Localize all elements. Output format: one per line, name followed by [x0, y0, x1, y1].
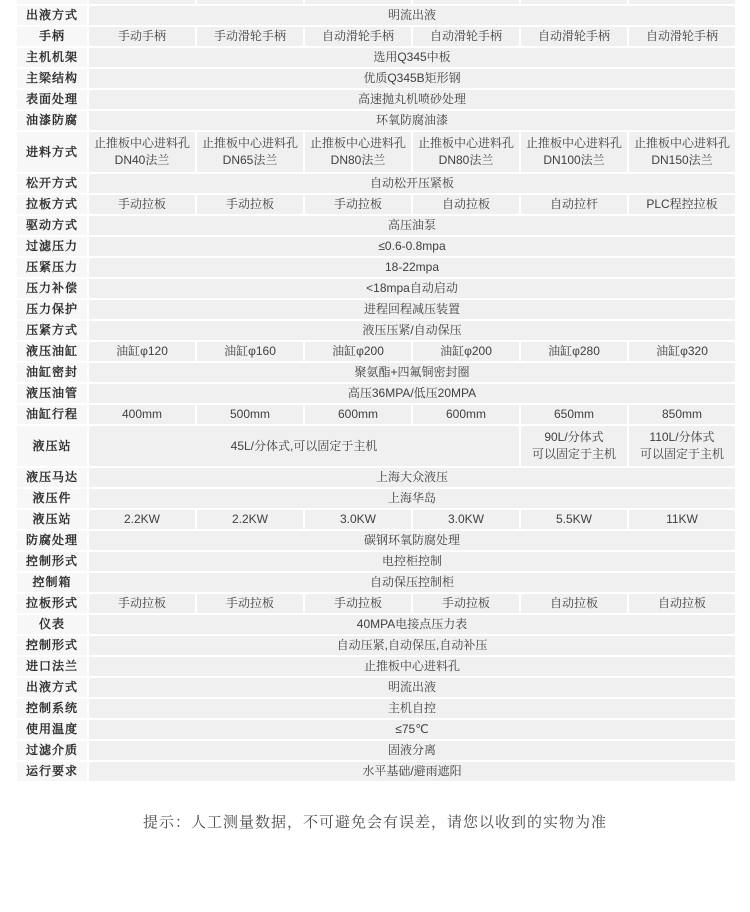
row-label: 手柄: [17, 27, 87, 46]
table-row: 控制系统主机自控: [17, 699, 735, 718]
spec-value-cell: <18mpa自动启动: [89, 279, 735, 298]
spec-value-cell: 600mm: [305, 405, 411, 424]
row-label: 进口法兰: [17, 657, 87, 676]
row-label: 压紧压力: [17, 258, 87, 277]
table-row: 拉板形式手动拉板手动拉板手动拉板手动拉板自动拉板自动拉板: [17, 594, 735, 613]
spec-value-cell: 油缸φ200: [305, 342, 411, 361]
spec-value-cell: 手动拉板: [413, 594, 519, 613]
spec-value-cell: 油缸φ200: [413, 342, 519, 361]
spec-value-cell: 高压36MPA/低压20MPA: [89, 384, 735, 403]
spec-value-cell: 优质Q345B矩形钢: [89, 69, 735, 88]
cropped-cell: [197, 0, 303, 4]
table-row: 控制箱自动保压控制柜: [17, 573, 735, 592]
row-label: 主梁结构: [17, 69, 87, 88]
cropped-cell: [305, 0, 411, 4]
row-label: 运行要求: [17, 762, 87, 781]
spec-value-cell: 固液分离: [89, 741, 735, 760]
table-row: 出液方式明流出液: [17, 678, 735, 697]
row-label: 仪表: [17, 615, 87, 634]
row-label: 拉板方式: [17, 195, 87, 214]
spec-value-cell: 油缸φ120: [89, 342, 195, 361]
spec-value-cell: 油缸φ280: [521, 342, 627, 361]
spec-value-cell: 明流出液: [89, 6, 735, 25]
spec-value-cell: 水平基础/避雨遮阳: [89, 762, 735, 781]
table-row: 过滤压力≤0.6-0.8mpa: [17, 237, 735, 256]
table-row: 液压马达上海大众液压: [17, 468, 735, 487]
table-row: 运行要求水平基础/避雨遮阳: [17, 762, 735, 781]
spec-value-cell: 手动拉板: [197, 195, 303, 214]
spec-value-cell: 选用Q345中板: [89, 48, 735, 67]
row-label: 控制形式: [17, 636, 87, 655]
spec-value-cell: 进程回程减压装置: [89, 300, 735, 319]
spec-value-cell: ≤75℃: [89, 720, 735, 739]
spec-value-cell: 11KW: [629, 510, 735, 529]
spec-value-cell: 环氧防腐油漆: [89, 111, 735, 130]
spec-value-cell: 850mm: [629, 405, 735, 424]
spec-value-cell: 自动拉板: [521, 594, 627, 613]
spec-value-cell: 90L/分体式 可以固定于主机: [521, 426, 627, 466]
table-row: 松开方式自动松开压紧板: [17, 174, 735, 193]
row-label: 防腐处理: [17, 531, 87, 550]
row-label: 液压站: [17, 510, 87, 529]
spec-value-cell: 自动滑轮手柄: [305, 27, 411, 46]
table-row: 驱动方式高压油泵: [17, 216, 735, 235]
table-row: 使用温度≤75℃: [17, 720, 735, 739]
cropped-cell: [89, 0, 195, 4]
spec-value-cell: 止推板中心进料孔 DN80法兰: [305, 132, 411, 172]
table-row: 液压件上海华岛: [17, 489, 735, 508]
cropped-cell: [413, 0, 519, 4]
cropped-cell: [629, 0, 735, 4]
table-row: 主梁结构优质Q345B矩形钢: [17, 69, 735, 88]
row-label: 主机机架: [17, 48, 87, 67]
spec-value-cell: 电控柜控制: [89, 552, 735, 571]
spec-value-cell: 自动拉板: [413, 195, 519, 214]
spec-value-cell: 油缸φ320: [629, 342, 735, 361]
spec-value-cell: 自动滑轮手柄: [521, 27, 627, 46]
spec-value-cell: 3.0KW: [305, 510, 411, 529]
spec-value-cell: 手动滑轮手柄: [197, 27, 303, 46]
spec-value-cell: 5.5KW: [521, 510, 627, 529]
spec-value-cell: 自动压紧,自动保压,自动补压: [89, 636, 735, 655]
table-row: 液压油缸油缸φ120油缸φ160油缸φ200油缸φ200油缸φ280油缸φ320: [17, 342, 735, 361]
row-label: 控制箱: [17, 573, 87, 592]
spec-value-cell: 40MPA电接点压力表: [89, 615, 735, 634]
row-label: 松开方式: [17, 174, 87, 193]
spec-value-cell: 碳钢环氧防腐处理: [89, 531, 735, 550]
row-label: 控制系统: [17, 699, 87, 718]
row-label: 液压油缸: [17, 342, 87, 361]
spec-table: 出液方式明流出液手柄手动手柄手动滑轮手柄自动滑轮手柄自动滑轮手柄自动滑轮手柄自动…: [15, 0, 737, 783]
spec-value-cell: 自动拉杆: [521, 195, 627, 214]
spec-value-cell: 高速抛丸机喷砂处理: [89, 90, 735, 109]
spec-value-cell: 止推板中心进料孔 DN40法兰: [89, 132, 195, 172]
disclaimer-note: 提示：人工测量数据，不可避免会有误差，请您以收到的实物为准: [0, 811, 750, 832]
table-row: 防腐处理碳钢环氧防腐处理: [17, 531, 735, 550]
spec-value-cell: 18-22mpa: [89, 258, 735, 277]
row-label: 油漆防腐: [17, 111, 87, 130]
spec-value-cell: 手动拉板: [305, 195, 411, 214]
row-label: 压紧方式: [17, 321, 87, 340]
spec-value-cell: 自动滑轮手柄: [629, 27, 735, 46]
table-row: 控制形式自动压紧,自动保压,自动补压: [17, 636, 735, 655]
spec-value-cell: 止推板中心进料孔 DN65法兰: [197, 132, 303, 172]
table-row: 油缸密封聚氨酯+四氟铜密封圈: [17, 363, 735, 382]
table-row: 液压站45L/分体式,可以固定于主机90L/分体式 可以固定于主机110L/分体…: [17, 426, 735, 466]
spec-value-cell: 上海大众液压: [89, 468, 735, 487]
table-row: 压紧压力18-22mpa: [17, 258, 735, 277]
table-row: 过滤介质固液分离: [17, 741, 735, 760]
row-label: 控制形式: [17, 552, 87, 571]
spec-value-cell: 650mm: [521, 405, 627, 424]
spec-value-cell: 液压压紧/自动保压: [89, 321, 735, 340]
spec-value-cell: 止推板中心进料孔 DN150法兰: [629, 132, 735, 172]
cropped-cell: [521, 0, 627, 4]
row-label: 出液方式: [17, 6, 87, 25]
row-label: 油缸密封: [17, 363, 87, 382]
row-label: 液压油管: [17, 384, 87, 403]
row-label: 压力补偿: [17, 279, 87, 298]
spec-value-cell: 止推板中心进料孔: [89, 657, 735, 676]
row-label: 压力保护: [17, 300, 87, 319]
row-label: 使用温度: [17, 720, 87, 739]
spec-value-cell: 自动拉板: [629, 594, 735, 613]
spec-value-cell: 手动拉板: [89, 195, 195, 214]
spec-value-cell: ≤0.6-0.8mpa: [89, 237, 735, 256]
spec-table-body: 出液方式明流出液手柄手动手柄手动滑轮手柄自动滑轮手柄自动滑轮手柄自动滑轮手柄自动…: [17, 0, 735, 781]
spec-value-cell: 手动手柄: [89, 27, 195, 46]
table-row: 进料方式止推板中心进料孔 DN40法兰止推板中心进料孔 DN65法兰止推板中心进…: [17, 132, 735, 172]
cropped-row: [17, 0, 735, 4]
spec-value-cell: 手动拉板: [89, 594, 195, 613]
table-row: 拉板方式手动拉板手动拉板手动拉板自动拉板自动拉杆PLC程控拉板: [17, 195, 735, 214]
table-row: 仪表40MPA电接点压力表: [17, 615, 735, 634]
spec-value-cell: 手动拉板: [197, 594, 303, 613]
spec-value-cell: 明流出液: [89, 678, 735, 697]
spec-value-cell: 2.2KW: [89, 510, 195, 529]
table-row: 进口法兰止推板中心进料孔: [17, 657, 735, 676]
spec-value-cell: 45L/分体式,可以固定于主机: [89, 426, 519, 466]
row-label: 过滤介质: [17, 741, 87, 760]
spec-value-cell: 主机自控: [89, 699, 735, 718]
table-row: 液压油管高压36MPA/低压20MPA: [17, 384, 735, 403]
table-row: 表面处理高速抛丸机喷砂处理: [17, 90, 735, 109]
spec-value-cell: 500mm: [197, 405, 303, 424]
row-label: 液压马达: [17, 468, 87, 487]
spec-value-cell: 自动滑轮手柄: [413, 27, 519, 46]
table-row: 液压站2.2KW2.2KW3.0KW3.0KW5.5KW11KW: [17, 510, 735, 529]
row-label: 油缸行程: [17, 405, 87, 424]
spec-value-cell: 止推板中心进料孔 DN80法兰: [413, 132, 519, 172]
spec-sheet: 出液方式明流出液手柄手动手柄手动滑轮手柄自动滑轮手柄自动滑轮手柄自动滑轮手柄自动…: [0, 0, 750, 783]
table-row: 压力补偿<18mpa自动启动: [17, 279, 735, 298]
spec-value-cell: 3.0KW: [413, 510, 519, 529]
spec-value-cell: 止推板中心进料孔 DN100法兰: [521, 132, 627, 172]
spec-value-cell: 油缸φ160: [197, 342, 303, 361]
spec-value-cell: 上海华岛: [89, 489, 735, 508]
table-row: 油漆防腐环氧防腐油漆: [17, 111, 735, 130]
row-label: 液压件: [17, 489, 87, 508]
spec-value-cell: 高压油泵: [89, 216, 735, 235]
row-label: 出液方式: [17, 678, 87, 697]
table-row: 压紧方式液压压紧/自动保压: [17, 321, 735, 340]
table-row: 出液方式明流出液: [17, 6, 735, 25]
table-row: 主机机架选用Q345中板: [17, 48, 735, 67]
row-label: 拉板形式: [17, 594, 87, 613]
spec-value-cell: 600mm: [413, 405, 519, 424]
table-row: 手柄手动手柄手动滑轮手柄自动滑轮手柄自动滑轮手柄自动滑轮手柄自动滑轮手柄: [17, 27, 735, 46]
spec-value-cell: 400mm: [89, 405, 195, 424]
spec-value-cell: 手动拉板: [305, 594, 411, 613]
row-label: 液压站: [17, 426, 87, 466]
table-row: 油缸行程400mm500mm600mm600mm650mm850mm: [17, 405, 735, 424]
table-row: 控制形式电控柜控制: [17, 552, 735, 571]
row-label: 进料方式: [17, 132, 87, 172]
spec-value-cell: 2.2KW: [197, 510, 303, 529]
spec-value-cell: PLC程控拉板: [629, 195, 735, 214]
spec-value-cell: 110L/分体式 可以固定于主机: [629, 426, 735, 466]
spec-value-cell: 聚氨酯+四氟铜密封圈: [89, 363, 735, 382]
row-label: 表面处理: [17, 90, 87, 109]
spec-value-cell: 自动松开压紧板: [89, 174, 735, 193]
spec-value-cell: 自动保压控制柜: [89, 573, 735, 592]
table-row: 压力保护进程回程减压装置: [17, 300, 735, 319]
row-label: 过滤压力: [17, 237, 87, 256]
cropped-cell: [17, 0, 87, 4]
row-label: 驱动方式: [17, 216, 87, 235]
